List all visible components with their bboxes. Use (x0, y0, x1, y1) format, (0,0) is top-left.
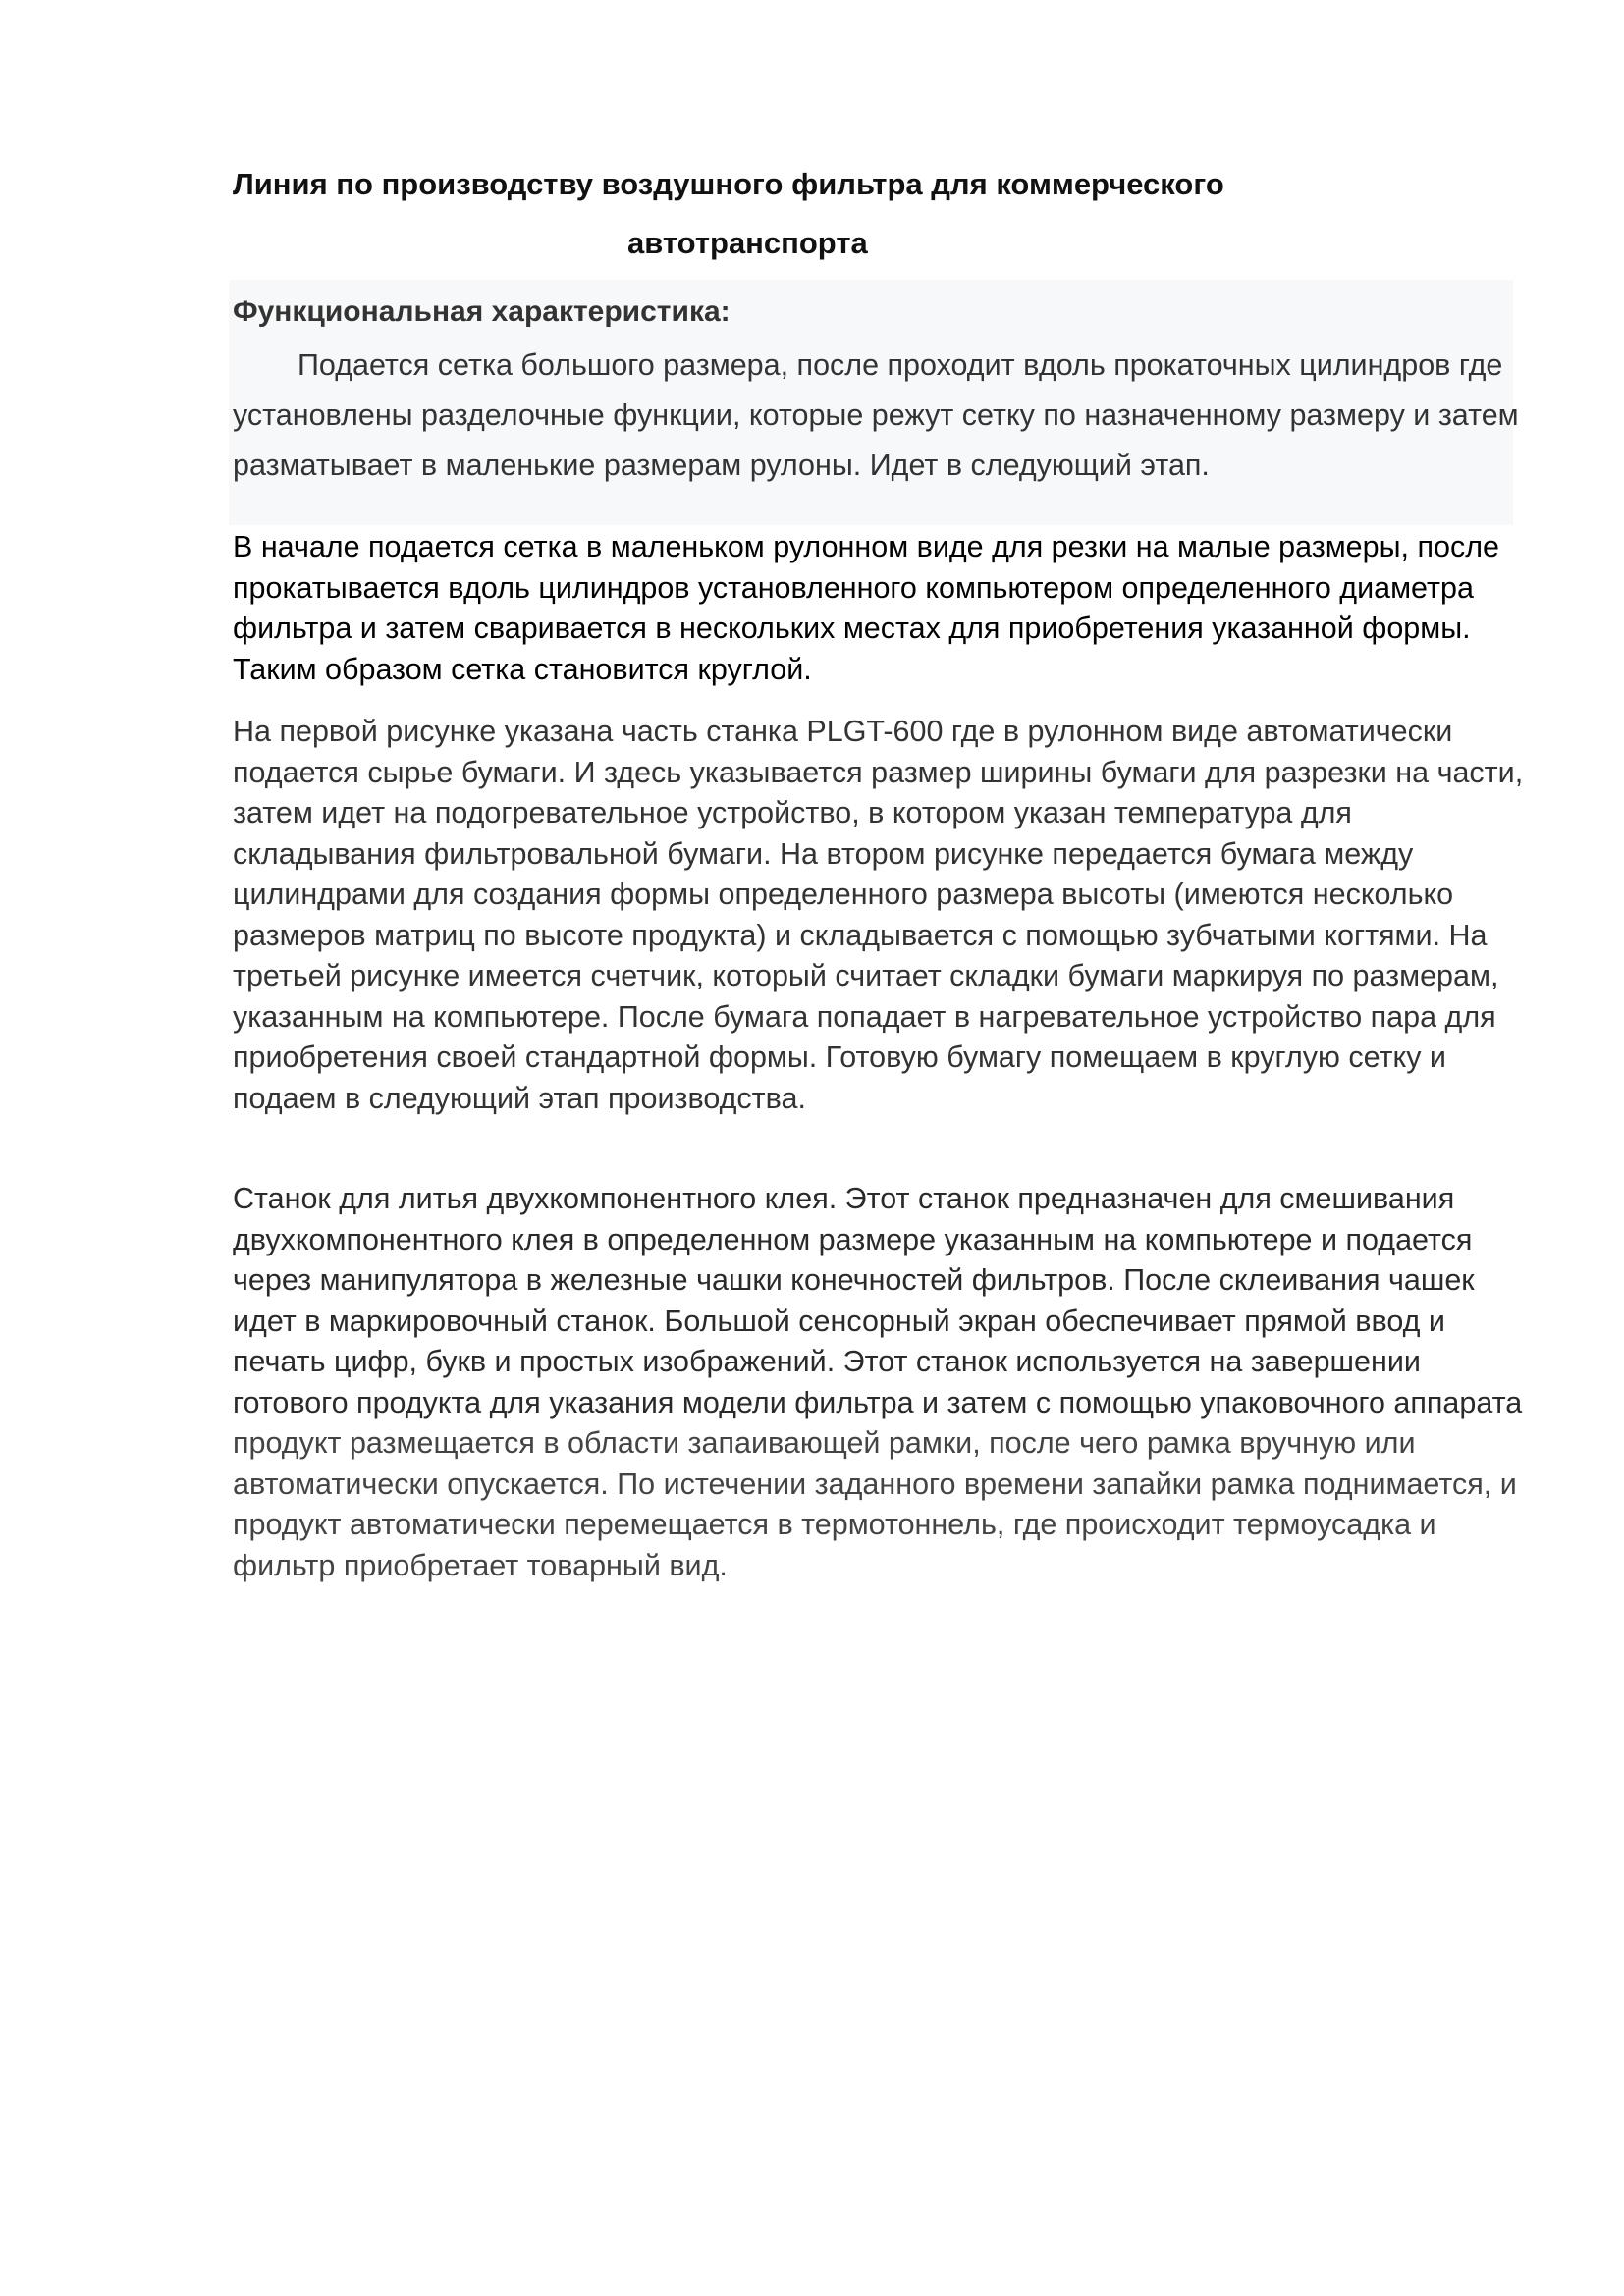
paragraph-plgt-600: На первой рисунке указана часть станка P… (233, 712, 1529, 1119)
paragraph-mesh-rolling: В начале подается сетка в маленьком руло… (233, 527, 1529, 690)
paragraph-glue-machine-main: Станок для литья двухкомпонентного клея.… (233, 1182, 1522, 1419)
paragraph-glue-machine-tail: продукт размещается в области запаивающе… (233, 1426, 1517, 1582)
functional-description: Подается сетка большого размера, после п… (233, 341, 1519, 491)
functional-heading: Функциональная характеристика: (233, 294, 731, 330)
paragraph-glue-machine: Станок для литья двухкомпонентного клея.… (233, 1179, 1529, 1586)
document-title-line-1: Линия по производству воздушного фильтра… (233, 167, 1224, 201)
document-page: Линия по производству воздушного фильтра… (0, 0, 1624, 2296)
document-title: Линия по производству воздушного фильтра… (233, 155, 1509, 273)
document-title-line-2: автотранспорта (233, 214, 1509, 273)
